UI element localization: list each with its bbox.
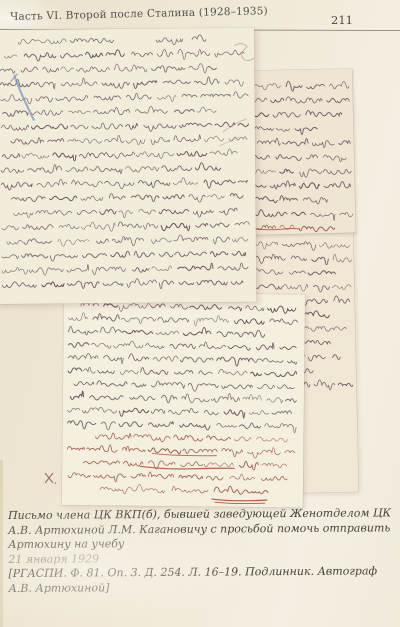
margin-x-mark (42, 470, 58, 486)
handwriting-right-top-svg (246, 69, 356, 235)
blue-pencil-mark (10, 74, 33, 120)
caption-line-5: [РГАСПИ. Ф. 81. Оп. 3. Д. 254. Л. 16–19.… (8, 565, 396, 582)
caption-line-2: А.В. Артюхиной Л.М. Кагановичу с просьбо… (8, 521, 396, 538)
page-number: 211 (331, 13, 353, 27)
red-underlines (140, 453, 234, 469)
photo-caption: Письмо члена ЦК ВКП(б), бывшей заведующе… (8, 506, 397, 596)
book-page-photo: Часть VI. Второй после Сталина (1928–193… (0, 0, 400, 627)
manuscript-sheet-middle (62, 292, 305, 508)
running-head: Часть VI. Второй после Сталина (1928–193… (10, 5, 268, 23)
signature-underline-red (212, 499, 267, 504)
manuscript-sheet-top-left (0, 28, 256, 304)
handwriting-top-left-svg (0, 28, 256, 304)
gray-pencil-marks (218, 43, 255, 146)
manuscript-sheet-right-top (246, 69, 356, 235)
handwriting-middle-svg (62, 292, 305, 508)
caption-line-6: А.В. Артюхиной] (9, 579, 397, 596)
photo-edge-shadow (0, 460, 3, 627)
